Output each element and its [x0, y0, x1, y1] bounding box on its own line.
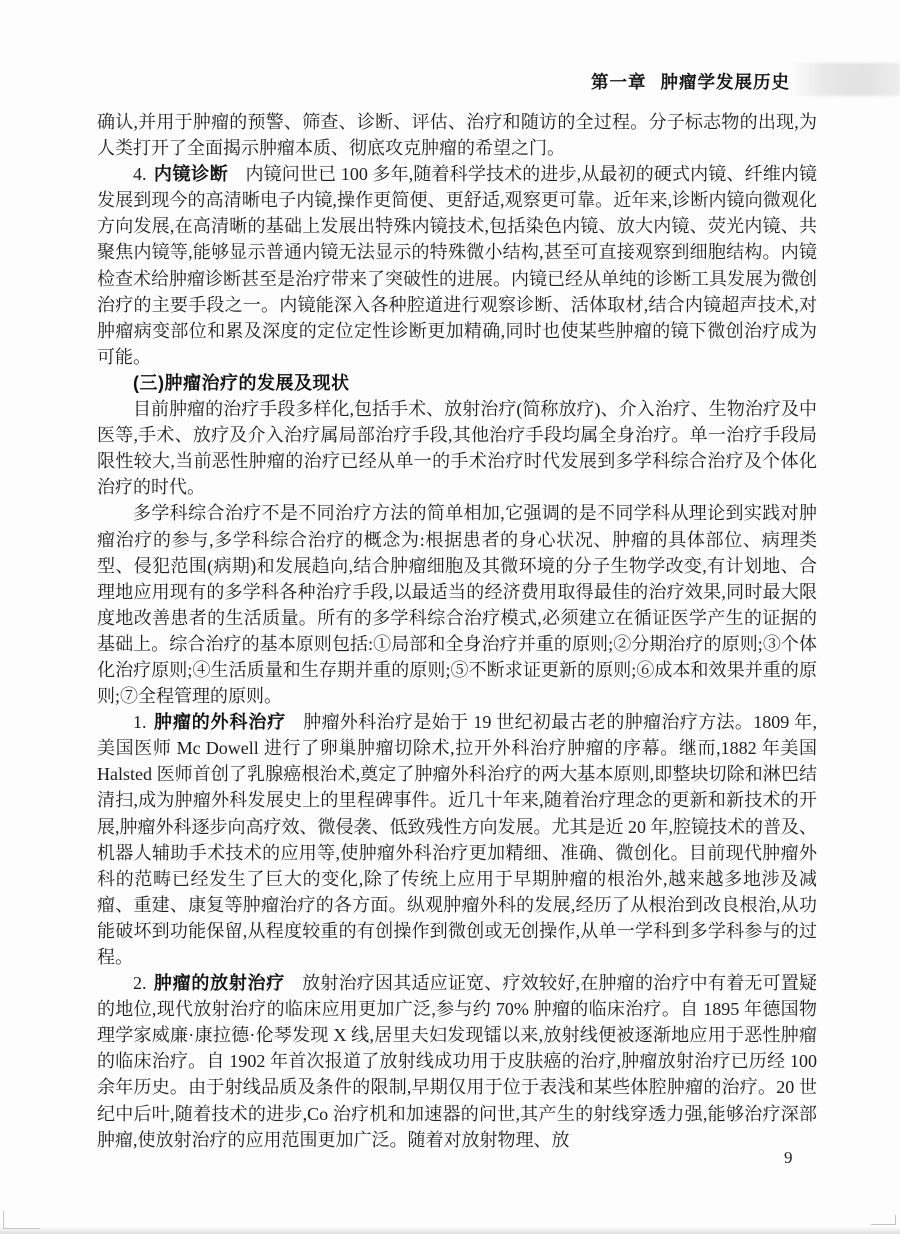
paragraph-continuation: 确认,并用于肿瘤的预警、筛查、诊断、评估、治疗和随访的全过程。分子标志物的出现,… — [97, 109, 817, 161]
run-in-heading-surgery: 肿瘤的外科治疗 — [154, 712, 286, 732]
paragraph-text: 放射治疗因其适应证宽、疗效较好,在肿瘤的治疗中有着无可置疑的地位,现代放射治疗的… — [97, 973, 817, 1150]
header-decorative-band — [792, 63, 900, 96]
paragraph-radiation-treatment: 2.肿瘤的放射治疗放射治疗因其适应证宽、疗效较好,在肿瘤的治疗中有着无可置疑的地… — [97, 970, 817, 1153]
paragraph-text: 内镜问世已 100 多年,随着科学技术的进步,从最初的硬式内镜、纤维内镜发展到现… — [97, 164, 817, 367]
chapter-title: 肿瘤学发展历史 — [661, 72, 791, 92]
section-heading-treatment-status: (三)肿瘤治疗的发展及现状 — [97, 370, 817, 396]
chapter-number: 第一章 — [591, 72, 647, 92]
paragraph-surgical-treatment: 1.肿瘤的外科治疗肿瘤外科治疗是始于 19 世纪初最古老的肿瘤治疗方法。1809… — [97, 709, 817, 970]
scan-artifact-bottom-right-corner — [871, 1215, 896, 1225]
scan-artifact-bottom-shadow — [0, 1227, 900, 1234]
run-in-heading-radiotherapy: 肿瘤的放射治疗 — [154, 973, 285, 993]
paragraph-endoscopy-diagnosis: 4.内镜诊断内镜问世已 100 多年,随着科学技术的进步,从最初的硬式内镜、纤维… — [97, 161, 817, 370]
paragraph-text: 肿瘤外科治疗是始于 19 世纪初最古老的肿瘤治疗方法。1809 年,美国医师 M… — [97, 712, 817, 967]
item-number: 2. — [133, 973, 147, 993]
book-page: 第一章肿瘤学发展历史 确认,并用于肿瘤的预警、筛查、诊断、评估、治疗和随访的全过… — [0, 0, 900, 1234]
paragraph-treatment-overview: 目前肿瘤的治疗手段多样化,包括手术、放射治疗(简称放疗)、介入治疗、生物治疗及中… — [97, 396, 817, 500]
paragraph-multidisciplinary-therapy: 多学科综合治疗不是不同治疗方法的简单相加,它强调的是不同学科从理论到实践对肿瘤治… — [97, 500, 817, 709]
run-in-heading-endoscopy: 内镜诊断 — [154, 164, 229, 184]
page-number: 9 — [784, 1148, 793, 1168]
chapter-header: 第一章肿瘤学发展历史 — [591, 69, 790, 94]
item-number: 1. — [133, 712, 147, 732]
item-number: 4. — [133, 164, 147, 184]
page-body: 确认,并用于肿瘤的预警、筛查、诊断、评估、治疗和随访的全过程。分子标志物的出现,… — [97, 109, 817, 1153]
